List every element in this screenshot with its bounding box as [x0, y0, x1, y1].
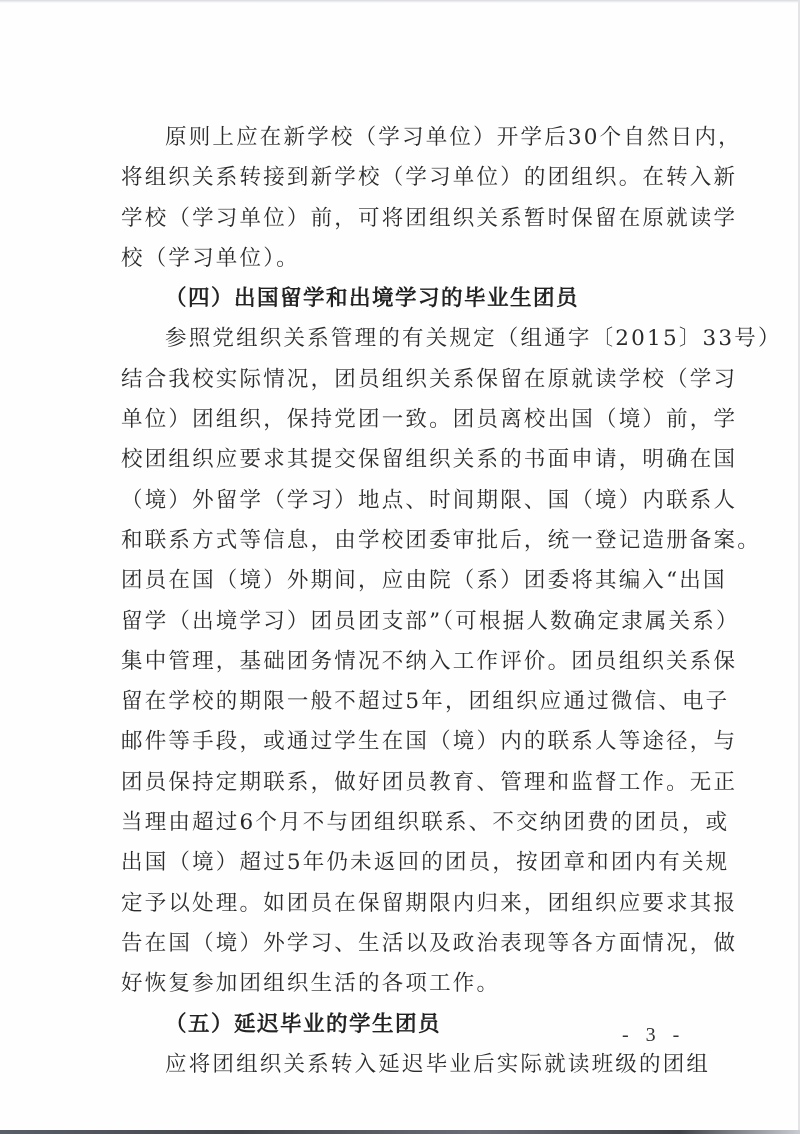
paragraph-line: 留学（出境学习）团员团支部”（可根据人数确定隶属关系）: [121, 602, 706, 642]
paragraph-line: 集中管理，基础团务情况不纳入工作评价。团员组织关系保: [121, 642, 706, 682]
paragraph-line: 参照党组织关系管理的有关规定（组通字〔2015〕33号）: [121, 319, 706, 359]
paragraph-line: 和联系方式等信息，由学校团委审批后，统一登记造册备案。: [121, 521, 706, 561]
paragraph-line: 团员在国（境）外期间，应由院（系）团委将其编入“出国: [121, 561, 706, 601]
paragraph-line: 校（学习单位）。: [121, 239, 706, 279]
paragraph-line: 将组织关系转接到新学校（学习单位）的团组织。在转入新: [121, 158, 706, 198]
document-body: 原则上应在新学校（学习单位）开学后30个自然日内， 将组织关系转接到新学校（学习…: [121, 118, 706, 1085]
scan-bottom-edge: [0, 1130, 800, 1134]
paragraph-line: 团员保持定期联系，做好团员教育、管理和监督工作。无正: [121, 763, 706, 803]
paragraph-line: 结合我校实际情况，团员组织关系保留在原就读学校（学习: [121, 360, 706, 400]
paragraph-line: 校团组织应要求其提交保留组织关系的书面申请，明确在国: [121, 440, 706, 480]
paragraph-line: 定予以处理。如团员在保留期限内归来，团组织应要求其报: [121, 884, 706, 924]
paragraph-line: 邮件等手段，或通过学生在国（境）内的联系人等途径，与: [121, 722, 706, 762]
paragraph-line: 告在国（境）外学习、生活以及政治表现等各方面情况，做: [121, 924, 706, 964]
section-heading-4: （四）出国留学和出境学习的毕业生团员: [121, 279, 706, 319]
paragraph-line: 原则上应在新学校（学习单位）开学后30个自然日内，: [121, 118, 706, 158]
paragraph-line: 出国（境）超过5年仍未返回的团员，按团章和团内有关规: [121, 843, 706, 883]
paragraph-line: 当理由超过6个月不与团组织联系、不交纳团费的团员，或: [121, 803, 706, 843]
paragraph-line: 单位）团组织，保持党团一致。团员离校出国（境）前，学: [121, 400, 706, 440]
paragraph-line: 应将团组织关系转入延迟毕业后实际就读班级的团组: [121, 1045, 706, 1085]
paragraph-line: 留在学校的期限一般不超过5年，团组织应通过微信、电子: [121, 682, 706, 722]
paragraph-line: （境）外留学（学习）地点、时间期限、国（境）内联系人: [121, 481, 706, 521]
section-heading-5: （五）延迟毕业的学生团员: [121, 1005, 706, 1045]
paragraph-line: 学校（学习单位）前，可将团组织关系暂时保留在原就读学: [121, 199, 706, 239]
scan-top-edge: [0, 0, 800, 3]
document-page: 原则上应在新学校（学习单位）开学后30个自然日内， 将组织关系转接到新学校（学习…: [0, 0, 800, 1134]
paragraph-line: 好恢复参加团组织生活的各项工作。: [121, 964, 706, 1004]
page-number: - 3 -: [622, 1024, 685, 1047]
